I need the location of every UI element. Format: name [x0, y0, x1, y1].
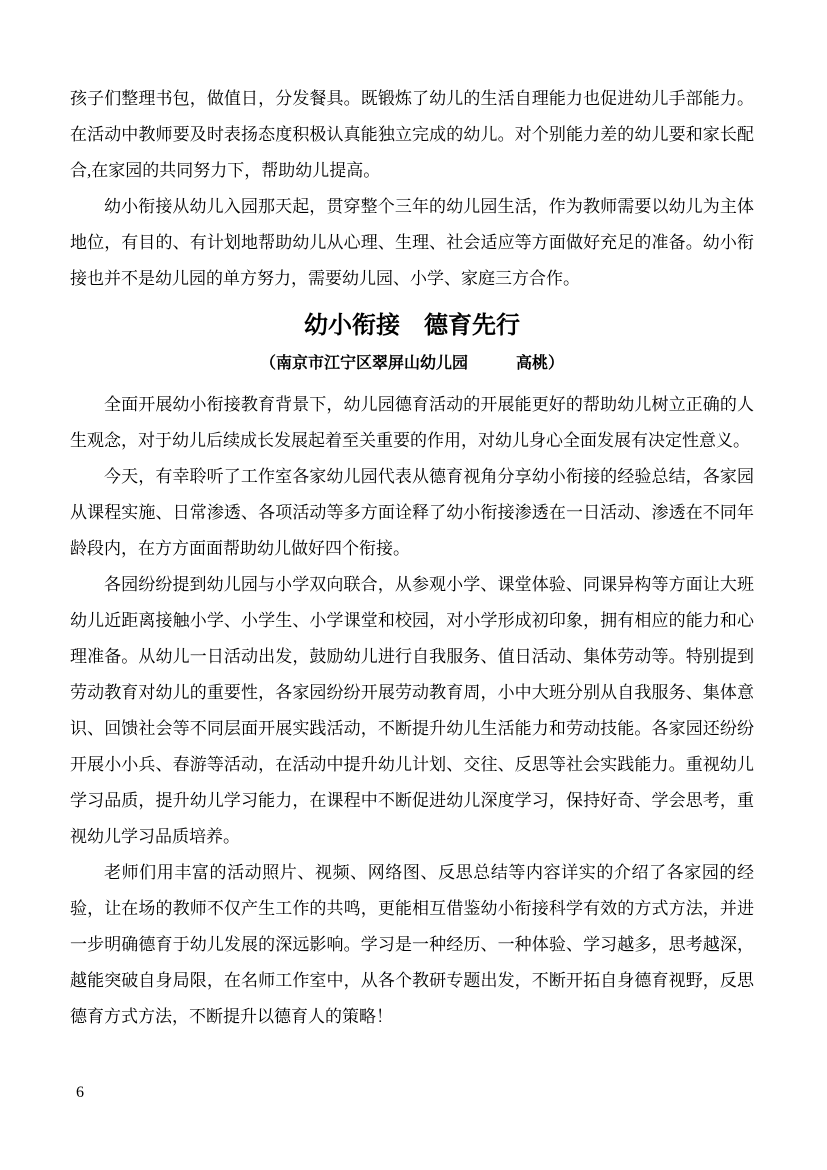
author-byline: （南京市江宁区翠屏山幼儿园 高桃） — [70, 350, 754, 378]
paragraph: 幼小衔接从幼儿入园那天起，贯穿整个三年的幼儿园生活，作为教师需要以幼儿为主体地位… — [70, 189, 754, 297]
paragraph: 老师们用丰富的活动照片、视频、网络图、反思总结等内容详实的介绍了各家园的经验，让… — [70, 855, 754, 1035]
document-page: 孩子们整理书包，做值日，分发餐具。既锻炼了幼儿的生活自理能力也促进幼儿手部能力。… — [0, 0, 827, 1170]
paragraph: 今天，有幸聆听了工作室各家幼儿园代表从德育视角分享幼小衔接的经验总结，各家园从课… — [70, 459, 754, 567]
page-number-label: 6 — [76, 1085, 84, 1101]
paragraph: 各园纷纷提到幼儿园与小学双向联合，从参观小学、课堂体验、同课异构等方面让大班幼儿… — [70, 567, 754, 855]
paragraph: 全面开展幼小衔接教育背景下，幼儿园德育活动的开展能更好的帮助幼儿树立正确的人生观… — [70, 387, 754, 459]
document-title: 幼小衔接 德育先行 — [70, 306, 754, 346]
paragraph-continuation: 孩子们整理书包，做值日，分发餐具。既锻炼了幼儿的生活自理能力也促进幼儿手部能力。… — [70, 81, 754, 189]
